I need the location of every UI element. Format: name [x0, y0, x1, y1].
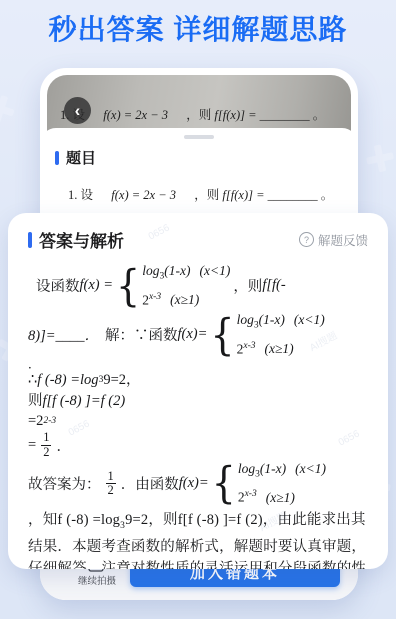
solution-line-2: 8)]=____． 解：∵函数 f(x)= { log3(1-x)(x<1) 2…: [28, 310, 374, 359]
page: 秒出答案 详细解题思路 1. 设 f(x) = 2x − 3 ，则 f[f(x)…: [0, 0, 396, 619]
chevron-left-icon: ‹: [75, 102, 81, 119]
solution-conclusion-paragraph: ，知f (-8) =log39=2，则f[f (-8) ]=f (2)，由此能求…: [28, 510, 374, 569]
solution-line-3: ．: [28, 359, 374, 370]
brace: {: [116, 264, 140, 307]
question-mark-icon: ?: [299, 232, 314, 247]
fraction-one-half: 1 2: [41, 431, 51, 458]
answer-section-header: 答案与解析 ? 解题反馈: [28, 227, 374, 252]
back-button[interactable]: ‹: [64, 97, 91, 124]
retake-label: 继续拍摄: [78, 573, 116, 587]
question-section-header: 题目: [40, 144, 358, 168]
piecewise-function: { log3(1-x)(x<1) 2x-3(x≥1): [116, 261, 230, 310]
brace: {: [212, 462, 236, 505]
solution-feedback-link[interactable]: ? 解题反馈: [299, 231, 368, 249]
drag-handle[interactable]: [184, 135, 214, 139]
brace: {: [210, 314, 234, 357]
solution-line-8: 故答案为： 1 2 ．由函数 f(x)= { log3(1-x)(x<1) 2x…: [28, 459, 374, 508]
question-text: 1. 设 f(x) = 2x − 3 ，则 f[f(x)] = ________…: [40, 168, 358, 203]
piecewise-function: { log3(1-x)(x<1) 2x-3(x≥1): [210, 310, 324, 359]
solution-line-1: 设函数 f(x) = { log3(1-x)(x<1) 2x-3(x≥1) ，则…: [28, 261, 374, 310]
answer-analysis-card: 0656 AI搜题 0656 AI搜题 0656 答案与解析 ? 解题反馈 设函…: [8, 213, 388, 569]
solution-line-6: =2 2-3: [28, 412, 374, 431]
section-accent-bar: [28, 232, 32, 248]
solution-line-4: ∴ f (-8) =log 3 9=2，: [28, 370, 374, 391]
feedback-label: 解题反馈: [318, 231, 368, 249]
photo-question-text: 1. 设 f(x) = 2x − 3 ，则 f[f(x)] = ________…: [60, 105, 347, 123]
answer-section-title: 答案与解析: [39, 227, 124, 252]
solution-line-5: 则 f[f (-8) ]=f (2): [28, 391, 374, 412]
solution-body: 设函数 f(x) = { log3(1-x)(x<1) 2x-3(x≥1) ，则…: [28, 261, 374, 569]
piecewise-function: { log3(1-x)(x<1) 2x-3(x≥1): [212, 459, 326, 508]
solution-line-7: = 1 2 ．: [28, 431, 374, 458]
page-title: 秒出答案 详细解题思路: [0, 8, 396, 48]
fraction-one-half: 1 2: [106, 470, 116, 497]
question-section-title: 题目: [66, 147, 96, 168]
section-accent-bar: [55, 151, 59, 165]
